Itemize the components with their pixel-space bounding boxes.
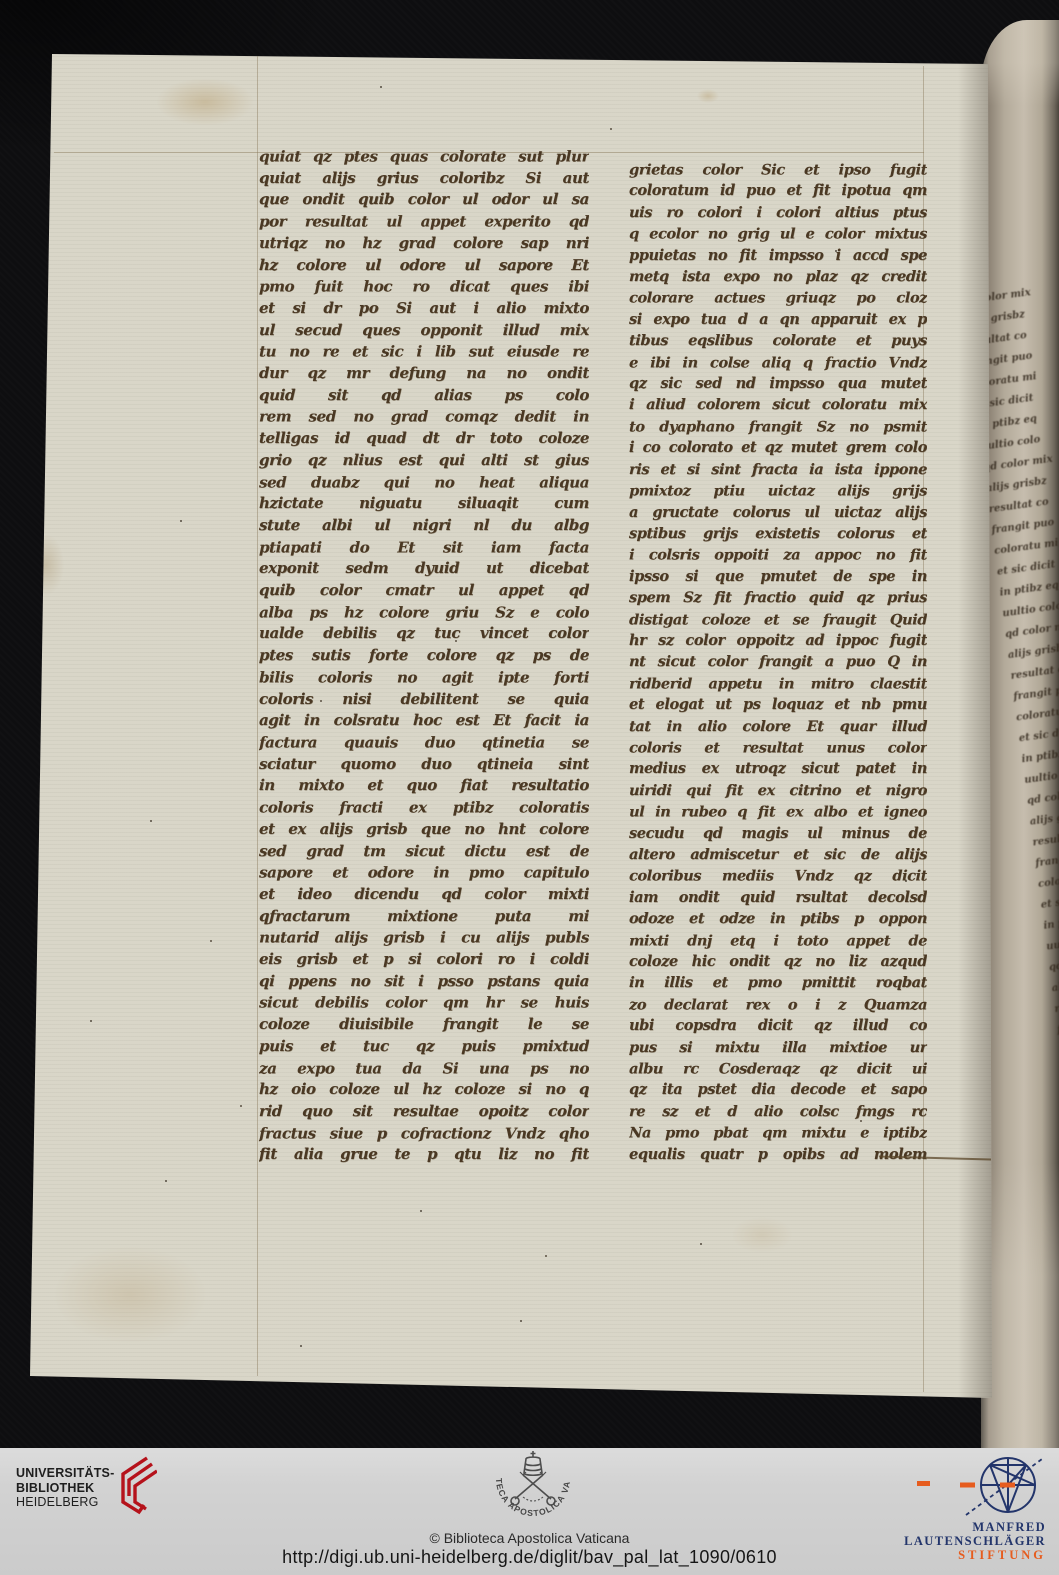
manuscript-text-line: metq ista expo no plaz qz credit bbox=[629, 266, 928, 287]
manuscript-text-line: et ideo dicendu qd color mixti bbox=[259, 884, 589, 906]
manuscript-text-line: dur qz mr defung na no ondit bbox=[259, 363, 589, 385]
manuscript-text-line: q ecolor no grig ul e color mixtus bbox=[629, 224, 927, 245]
manuscript-text-line: coloratum id puo et fit ipotua qm bbox=[629, 180, 927, 201]
manuscript-text-line: bilis coloris no agit ipte forti bbox=[259, 667, 589, 689]
manuscript-text-line: qi ppens no sit i psso pstans quia bbox=[259, 971, 590, 993]
manuscript-text-line: factura quauis duo qtinetia se bbox=[259, 732, 589, 754]
manuscript-text-line: albu rc Cosderaqz qz dicit ui bbox=[629, 1058, 927, 1079]
manuscript-text-line: to dyaphano frangit Sz no psmit bbox=[629, 416, 927, 437]
manuscript-text-line: ul secud ques opponit illud mix bbox=[259, 320, 590, 342]
ub-heidelberg-logo-text: UNIVERSITÄTS- BIBLIOTHEK HEIDELBERG bbox=[16, 1466, 114, 1510]
manuscript-text-line: coloris nisi debilitent se quia bbox=[259, 689, 589, 711]
manuscript-text-line: in illis et pmo pmittit roqbat bbox=[629, 972, 928, 993]
manuscript-text-line: coloris fracti ex ptibz coloratis bbox=[259, 797, 589, 819]
manuscript-text-line: por resultat ul appet experito qd bbox=[259, 212, 589, 234]
manuscript-text-line: et elogat ut ps loquaz et nb pmu bbox=[629, 694, 927, 715]
manuscript-text-line: sed grad tm sicut dictu est de bbox=[259, 841, 590, 863]
manuscript-text-line: que ondit quib color ul odor ul sa bbox=[259, 189, 590, 211]
manuscript-text-line: ul in rubeo q fit ex albo et igneo bbox=[629, 802, 927, 823]
manuscript-text-line: qz ita pstet dia decode et sapo bbox=[629, 1079, 927, 1100]
manuscript-text-line: odoze et odze in ptibs p oppon bbox=[629, 908, 928, 929]
manuscript-text-line: uiridi qui fit ex citrino et nigro bbox=[629, 780, 928, 801]
manuscript-text-line: i colsris oppoiti za appoc no fit bbox=[629, 545, 927, 566]
manuscript-text-line: zo declarat rex o i z Quamza bbox=[629, 994, 927, 1015]
fore-edge-text: qd color mixalijs grisbzresultat cofrang… bbox=[981, 275, 1059, 1249]
manuscript-text-line: colorare actues griuqz po cloz bbox=[629, 288, 927, 309]
manuscript-text-line: mixti dnj etq i toto appet de bbox=[629, 930, 927, 951]
manuscript-text-line: za expo tua da Si una ps no bbox=[259, 1058, 589, 1080]
manuscript-text-line: coloze hic ondit qz no liz azqud bbox=[629, 951, 927, 972]
manuscript-text-line: medius ex utroqz sicut patet in bbox=[629, 758, 927, 779]
mls-logo-text: MANFRED LAUTENSCHLÄGER STIFTUNG bbox=[904, 1521, 1046, 1562]
manuscript-text-line: equalis quatr p opibs ad molem bbox=[629, 1144, 927, 1165]
manuscript-text-line: pus si mixtu illa mixtioe ur bbox=[629, 1037, 928, 1058]
source-url: http://digi.ub.uni-heidelberg.de/diglit/… bbox=[0, 1547, 1059, 1568]
manuscript-text-line: grietas color Sic et ipso fugit bbox=[629, 159, 927, 180]
mls-globe-icon bbox=[956, 1451, 1052, 1521]
manuscript-text-line: Na pmo pbat qm mixtu e iptibz bbox=[629, 1123, 927, 1144]
manuscript-text-line: distigat coloze et se fraugit Quid bbox=[629, 609, 927, 630]
ruling-line-left-margin bbox=[257, 56, 258, 1376]
manuscript-text-line: rid quo sit resultae opoitz color bbox=[259, 1101, 590, 1123]
manuscript-text-line: coloribus mediis Vndz qz dicit bbox=[629, 866, 927, 887]
manuscript-text-line: hz oio coloze ul hz coloze si no q bbox=[259, 1079, 589, 1101]
manuscript-text-line: fractus siue p cofractionz Vndz qho bbox=[259, 1123, 589, 1145]
manuscript-text-line: utriqz no hz grad colore sap nri bbox=[259, 233, 589, 255]
manuscript-text-line: quiat alijs grius coloribz Si aut bbox=[259, 168, 589, 190]
manuscript-text-line: fit alia grue te p qtu liz no fit bbox=[259, 1144, 589, 1166]
manuscript-text-line: si expo tua d a qn apparuit ex p bbox=[629, 309, 927, 330]
copyright-line: © Biblioteca Apostolica Vaticana bbox=[0, 1530, 1059, 1546]
manuscript-text-line: tibus eqslibus colorate et puys bbox=[629, 330, 928, 351]
manuscript-photo: qd color mixalijs grisbzresultat cofrang… bbox=[0, 0, 1059, 1448]
manuscript-text-line: i aliud colorem sicut coloratu mix bbox=[629, 394, 928, 415]
manuscript-text-line: in mixto et quo fiat resultatio bbox=[259, 775, 590, 797]
manuscript-text-line: et ex alijs grisb que no hnt colore bbox=[259, 819, 589, 841]
manuscript-text-line: tu no re et sic i lib sut eiusde re bbox=[259, 342, 589, 364]
book-fore-edge-page: qd color mixalijs grisbzresultat cofrang… bbox=[981, 20, 1059, 1448]
manuscript-text-line: ris et si sint fracta ia ista ippone bbox=[629, 459, 928, 480]
footer-bar: UNIVERSITÄTS- BIBLIOTHEK HEIDELBERG BIBL… bbox=[0, 1448, 1059, 1575]
manuscript-text-line: a gructate colorus ul uictaz alijs bbox=[629, 502, 927, 523]
manuscript-text-line: puis et tuc qz puis pmixtud bbox=[259, 1036, 590, 1058]
manuscript-text-line: quiat qz ptes quas colorate sut plur bbox=[259, 146, 589, 168]
manuscript-text-line: hz colore ul odore ul sapore Et bbox=[259, 255, 590, 277]
manuscript-text-line: alba ps hz colore griu Sz e colo bbox=[259, 602, 589, 624]
text-column-right: grietas color Sic et ipso fugitcoloratum… bbox=[629, 159, 927, 1165]
manuscript-text-line: i co colorato et qz mutet grem colo bbox=[629, 437, 927, 458]
manuscript-text-line: sciatur quomo duo qtineia sint bbox=[259, 754, 589, 776]
page-edge-shadow bbox=[958, 58, 992, 1400]
ub-logo-line3: HEIDELBERG bbox=[16, 1495, 114, 1510]
manuscript-text-line: sptibus grijs existetis colorus et bbox=[629, 523, 928, 544]
manuscript-text-line: pmixtoz ptiu uictaz alijs grijs bbox=[629, 480, 927, 501]
manuscript-text-line: ptes sutis forte colore qz ps de bbox=[259, 645, 590, 667]
manuscript-text-line: ualde debilis qz tuc vincet color bbox=[259, 623, 589, 645]
manuscript-text-line: sicut debilis color qm hr se huis bbox=[259, 993, 589, 1015]
mls-logo-line1: MANFRED bbox=[904, 1521, 1046, 1535]
manuscript-text-line: coloze diuisibile frangit le se bbox=[259, 1014, 589, 1036]
ub-heidelberg-book-icon bbox=[103, 1454, 157, 1516]
manuscript-text-line: nt sicut color frangit a puo Q in bbox=[629, 651, 928, 672]
manuscript-text-line: uis ro colori i colori altius ptus bbox=[629, 202, 928, 223]
manuscript-text-line: sed duabz qui no heat aliqua bbox=[259, 472, 589, 494]
digitized-manuscript-scan: { "colors": { "background_cloth": "#0e0e… bbox=[0, 0, 1059, 1575]
mls-logo-line2: LAUTENSCHLÄGER bbox=[904, 1535, 1046, 1549]
manuscript-text-line: e ibi in colse aliq q fractio Vndz bbox=[629, 352, 927, 373]
manuscript-text-line: quid sit qd alias ps colo bbox=[259, 385, 590, 407]
manuscript-text-line: rem sed no grad comqz dedit in bbox=[259, 407, 589, 429]
manuscript-text-line: iam ondit quid rsultat decolsd bbox=[629, 887, 927, 908]
manuscript-text-line: pmo fuit hoc ro dicat ques ibi bbox=[259, 277, 589, 299]
manuscript-text-line: exponit sedm dyuid ut dicebat bbox=[259, 558, 589, 580]
manuscript-text-line: hzictate niguatu siluaqit cum bbox=[259, 493, 589, 515]
manuscript-page: quiat qz ptes quas colorate sut plurquia… bbox=[0, 0, 1059, 1448]
mls-orange-dash bbox=[917, 1481, 930, 1486]
manuscript-text-line: altero admiscetur et sic de alijs bbox=[629, 844, 928, 865]
manuscript-text-line: et si dr po Si aut i alio mixto bbox=[259, 298, 589, 320]
manuscript-text-line: tat in alio colore Et quar illud bbox=[629, 716, 928, 737]
manuscript-text-line: agit in colsratu hoc est Et facit ia bbox=[259, 710, 590, 732]
manuscript-text-line: coloris et resultat unus color bbox=[629, 737, 927, 758]
manuscript-text-line: stute albi ul nigri nl du albg bbox=[259, 515, 590, 537]
manuscript-text-line: re sz et d alio colsc fmgs rc bbox=[629, 1101, 928, 1122]
text-column-left: quiat qz ptes quas colorate sut plurquia… bbox=[259, 146, 589, 1166]
svg-text:BIBLIOTECA APOSTOLICA VATICANA: BIBLIOTECA APOSTOLICA VATICANA bbox=[477, 1449, 572, 1518]
manuscript-text-line: ipsso si que pmutet de spe in bbox=[629, 566, 927, 587]
paper-specks bbox=[0, 0, 2, 2]
manuscript-text-line: ridberid appetu in mitro claestit bbox=[629, 673, 927, 694]
manuscript-text-line: ppuietas no fit impsso i accd spe bbox=[629, 245, 927, 266]
manuscript-text-line: spem Sz fit fractio quid qz prius bbox=[629, 587, 928, 608]
manuscript-text-line: eis grisb et p si colori ro i coldi bbox=[259, 949, 589, 971]
manuscript-text-line: sapore et odore in pmo capitulo bbox=[259, 863, 589, 885]
manuscript-text-line: qz sic sed nd impsso qua mutet bbox=[629, 373, 927, 394]
manuscript-text-line: nutarid alijs grisb i cu alijs publs bbox=[259, 928, 589, 950]
manuscript-text-line: qfractarum mixtione puta mi bbox=[259, 906, 590, 928]
manuscript-text-line: secudu qd magis ul minus de bbox=[629, 823, 927, 844]
manuscript-text-line: ptiapati do Et sit iam facta bbox=[259, 537, 589, 559]
vatican-seal-icon: BIBLIOTECA APOSTOLICA VATICANA bbox=[477, 1449, 589, 1533]
manuscript-text-line: grio qz nlius est qui alti st gius bbox=[259, 450, 590, 472]
manuscript-text-line: hr sz color oppoitz ad ippoc fugit bbox=[629, 630, 927, 651]
ub-logo-line1: UNIVERSITÄTS- bbox=[16, 1466, 114, 1481]
manuscript-text-line: ubi copsdra dicit qz illud co bbox=[629, 1015, 927, 1036]
mls-logo-line3: STIFTUNG bbox=[904, 1549, 1046, 1563]
ub-logo-line2: BIBLIOTHEK bbox=[16, 1481, 114, 1496]
manuscript-text-line: quib color cmatr ul appet qd bbox=[259, 580, 590, 602]
manuscript-text-line: telligas id quad dt dr toto coloze bbox=[259, 428, 589, 450]
